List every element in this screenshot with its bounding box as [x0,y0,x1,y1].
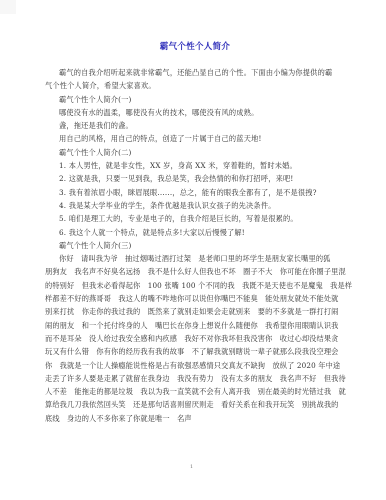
section-heading: 霸气个性个人简介(三) [45,239,345,252]
intro-line: 气个性个人简介，希望大家喜欢。 [45,79,345,92]
section-body: 你好 请叫我为爷 抽过烟喝过酒打过架 是老师口里的坏学生是朋友家长嘴里的狐 朋狗… [45,252,345,425]
paragraph-line: 盏，拖还是我们的盏。 [45,119,345,132]
corner-artifact [0,0,16,14]
paragraph-line: 而不是耳朵 没人给过我安全感和内疚感 我好不对你我坏但我没害你 收过心却没结果贪 [45,332,345,345]
list-item: 3. 我有着浓眉小眼，眯眉展眼......，总之，能有的眼我全都有了，是不是很拽… [45,186,345,199]
list-item: 4. 我是某大学毕业的学生，条件优越是我认识女孩子的先决条件。 [45,199,345,212]
paragraph-line: 用自己的风格，用自己的特点，创造了一片属于自己的蓝天地! [45,132,345,145]
paragraph-line: 闹的朋友 和一个托付终身的人 嘴巴长在你身上想说什么随便你 我希望你用眼睛认识我 [45,319,345,332]
list-item: 6. 我这个人就一个特点，就是特点多!大家以后慢慢了解! [45,226,345,239]
document-title: 霸气个性个人简介 [45,40,345,52]
page-number: 1 [190,464,193,470]
paragraph-line: 人不差 能拖走的都是垃圾 我以为我一直笑就不会有人离开我 别在最美的时光错过我 … [45,385,345,398]
paragraph-line: 算给我几刀我依然回头笑 还是那句话喜则留厌则走 看好关系在和我开玩笑 别挑战我的 [45,398,345,411]
paragraph-line: 走丢了许多人要是走累了就留在我身边 我没有势力 没有太多的朋友 我名声不好 但我… [45,372,345,385]
paragraph-line: 别来打扰 你走你的我过我的 既然来了就别走如果会走就别来 要的不多就是一群打打闹 [45,305,345,318]
paragraph-line: 玩又有什么错 你有你的经历我有我的故事 不了解我就别瞎说一辈子就那么段我没空理会 [45,345,345,358]
list-item: 2. 这就是我，只要一见到我，我总是笑，我会热情的和你打招呼，来吧! [45,172,345,185]
section-heading: 霸气个性个人简介(二) [45,146,345,159]
list-item: 1. 本人男性，就是非女性，XX 岁，身高 XX 米，穿着鞋的，暂时未婚。 [45,159,345,172]
paragraph-line: 朋狗友 我名声不好臭名远扬 我不是什么好人但我也不坏 圈子不大 你可能在你圈子里… [45,265,345,278]
section-heading: 霸气个性个人简介(一) [45,93,345,106]
paragraph-line: 你 我就是一个让人操瘾能说性格是占有欲强恶感情只交真友不缺狗 放纵了 2020 … [45,359,345,372]
paragraph-line: 哪使没有水的温柔，哪使没有火的技术，哪使没有风的成熟。 [45,106,345,119]
paragraph-line: 你好 请叫我为爷 抽过烟喝过酒打过架 是老师口里的坏学生是朋友家长嘴里的狐 [45,252,345,265]
document-page: 霸气个性个人简介 霸气的自我介绍听起来就非常霸气，还能凸显自己的个性。下面由小编… [45,40,345,425]
paragraph-line: 的特别好 但我未必看得起你 100 张嘴 100 个不同的我 我既不是天使也不是… [45,279,345,292]
paragraph-line: 底线 身边的人不多你来了你就是唯一 名声 [45,412,345,425]
list-item: 5. 咱们是理工大的，专业是电子的，自我介绍是巨长的，写着是很累的。 [45,212,345,225]
intro-line: 霸气的自我介绍听起来就非常霸气，还能凸显自己的个性。下面由小编为你提供的霸 [45,66,345,79]
paragraph-line: 样都差不好的燕哥哥 我这人的嘴不咋地你可以说但你嘴巴不能臭 能处朋友就处不能处就 [45,292,345,305]
